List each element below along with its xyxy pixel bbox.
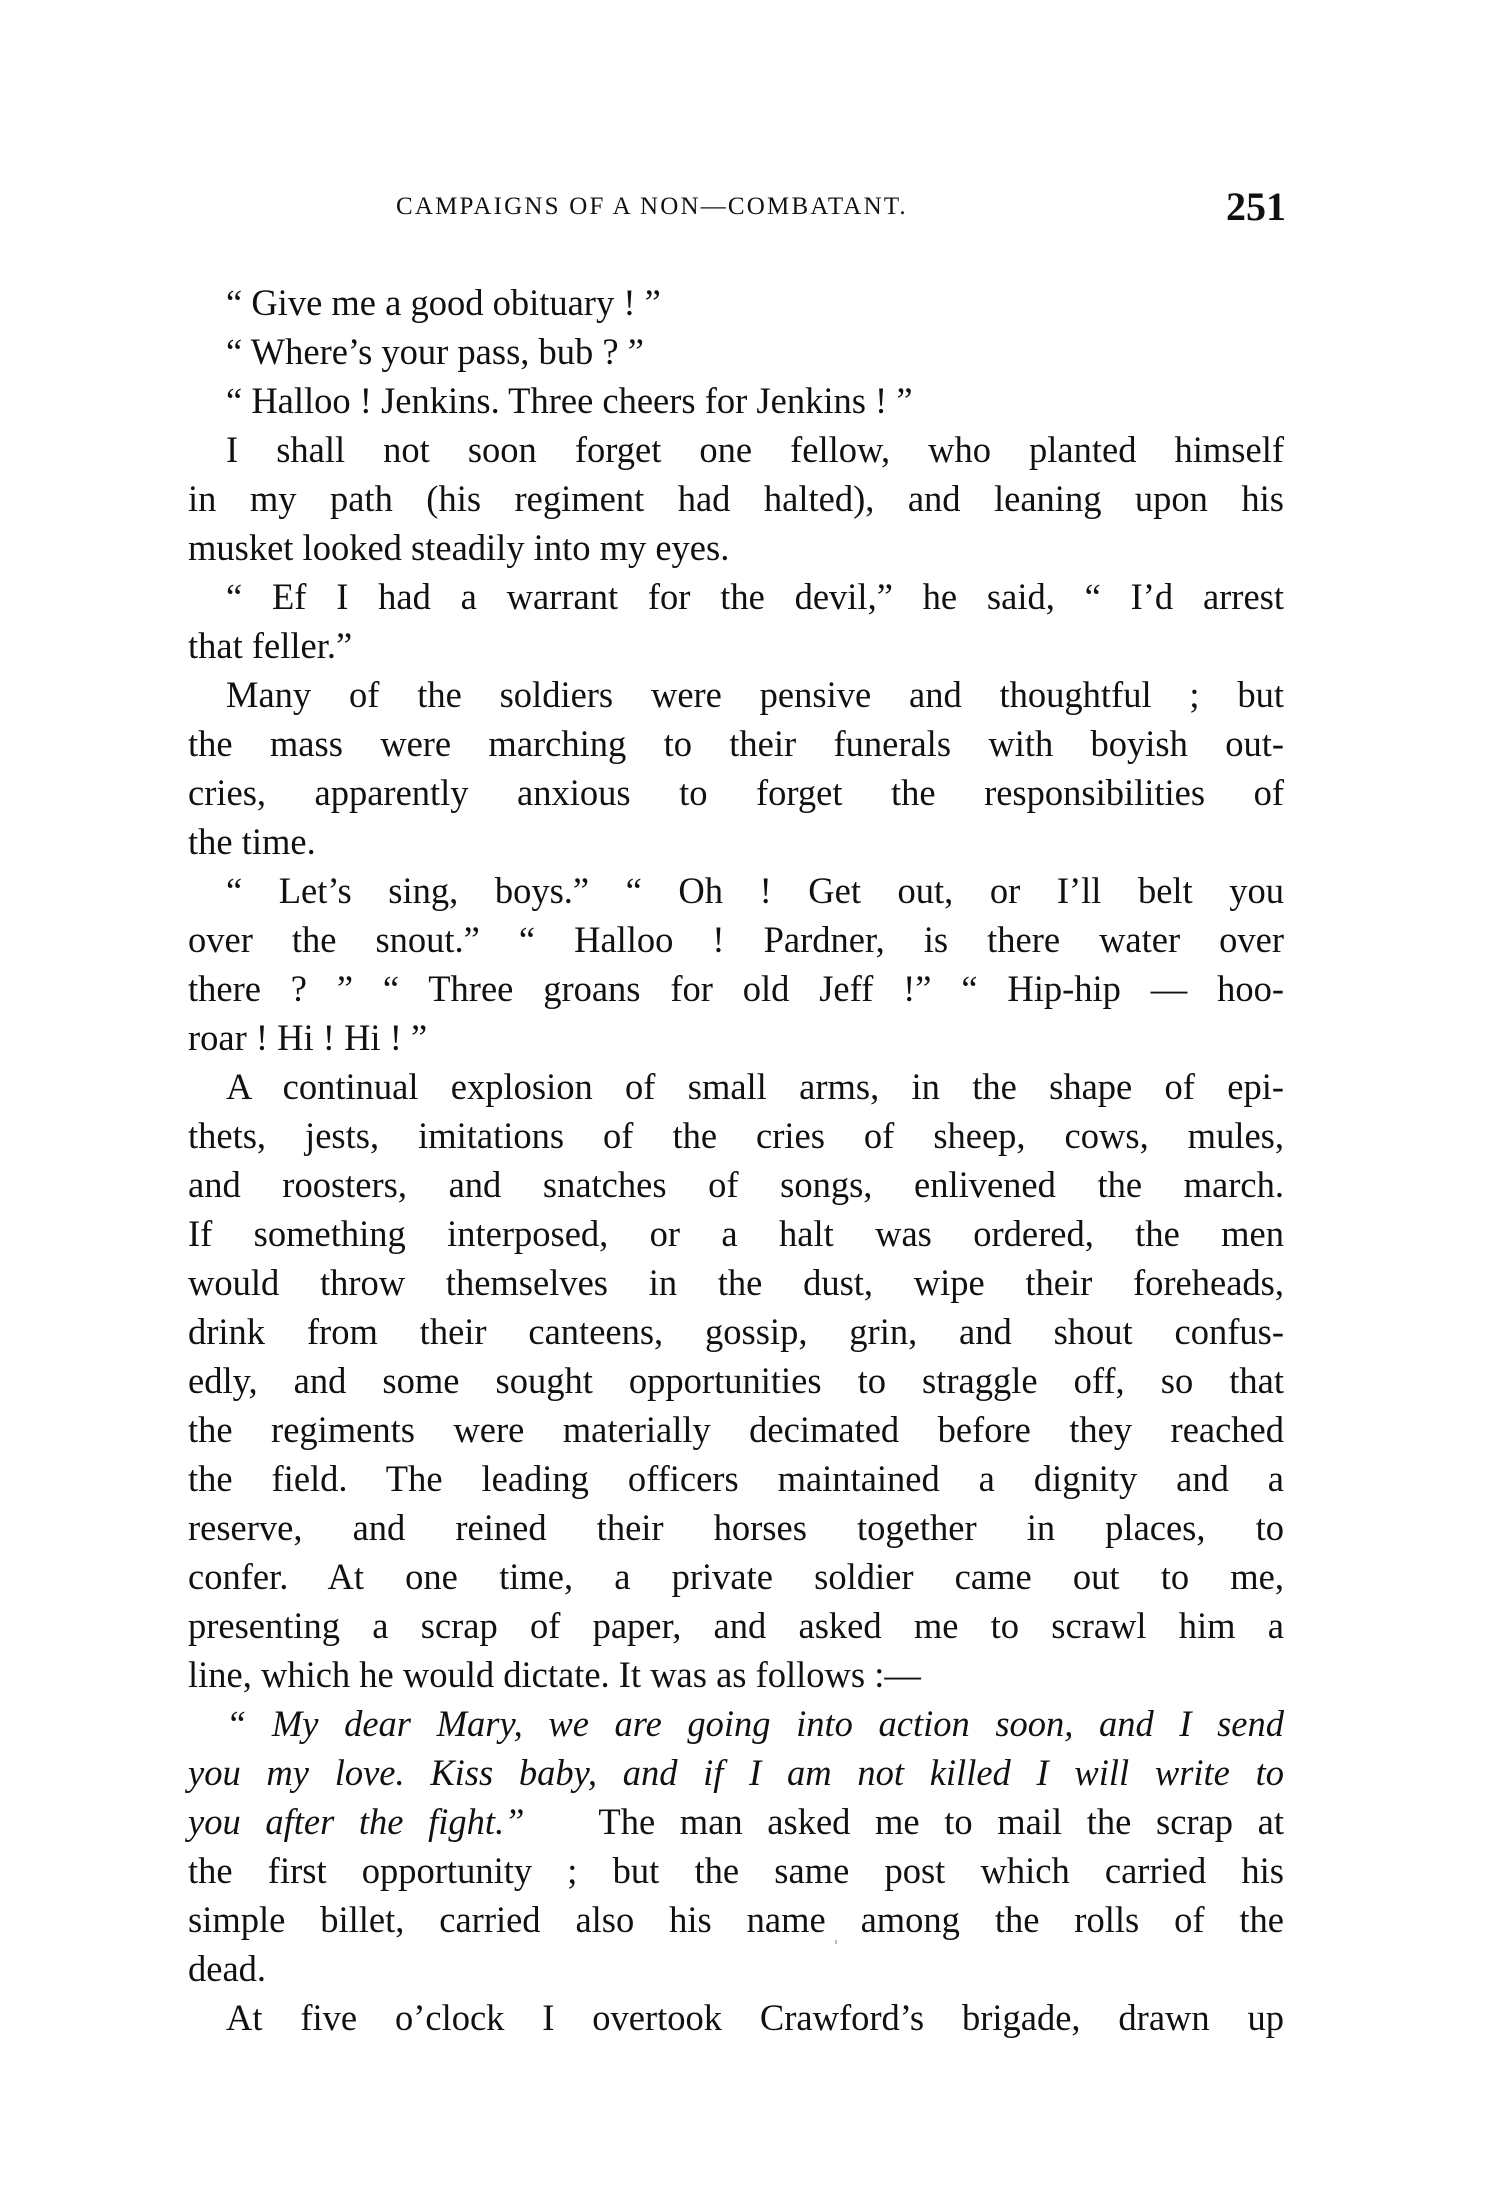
running-title: CAMPAIGNS OF A NON—COMBATANT.	[396, 193, 908, 221]
page-number: 251	[1226, 183, 1286, 230]
text-line: roar ! Hi ! Hi ! ”	[188, 1013, 1284, 1062]
text-line: I shall not soon forget one fellow, who …	[188, 425, 1284, 474]
text-line: the time.	[188, 817, 1284, 866]
text-line: confer. At one time, a private soldier c…	[188, 1552, 1284, 1601]
letter-line: “ My dear Mary, we are going into action…	[188, 1699, 1284, 1748]
text-line: Many of the soldiers were pensive and th…	[188, 670, 1284, 719]
letter-followup: The man asked me to mail the scrap at	[598, 1801, 1284, 1842]
text-line: the field. The leading officers maintain…	[188, 1454, 1284, 1503]
text-line: line, which he would dictate. It was as …	[188, 1650, 1284, 1699]
text-line: over the snout.” “ Halloo ! Pardner, is …	[188, 915, 1284, 964]
text-line: “ Give me a good obituary ! ”	[188, 278, 1284, 327]
text-line: would throw themselves in the dust, wipe…	[188, 1258, 1284, 1307]
text-line: “ Let’s sing, boys.” “ Oh ! Get out, or …	[188, 866, 1284, 915]
text-line: there ? ” “ Three groans for old Jeff !”…	[188, 964, 1284, 1013]
letter-line: you my love. Kiss baby, and if I am not …	[188, 1748, 1284, 1797]
text-line: reserve, and reined their horses togethe…	[188, 1503, 1284, 1552]
text-line: in my path (his regiment had halted), an…	[188, 474, 1284, 523]
running-head: CAMPAIGNS OF A NON—COMBATANT. 251	[396, 183, 1286, 233]
text-line: that feller.”	[188, 621, 1284, 670]
text-line: A continual explosion of small arms, in …	[188, 1062, 1284, 1111]
text-line: If something interposed, or a halt was o…	[188, 1209, 1284, 1258]
letter-line-mixed: you after the fight.” The man asked me t…	[188, 1797, 1284, 1846]
text-line: At five o’clock I overtook Crawford’s br…	[188, 1993, 1284, 2042]
text-line: presenting a scrap of paper, and asked m…	[188, 1601, 1284, 1650]
text-line: the regiments were materially decimated …	[188, 1405, 1284, 1454]
text-line: and roosters, and snatches of songs, enl…	[188, 1160, 1284, 1209]
text-line: musket looked steadily into my eyes.	[188, 523, 1284, 572]
text-line: “ Halloo ! Jenkins. Three cheers for Jen…	[188, 376, 1284, 425]
text-line: thets, jests, imitations of the cries of…	[188, 1111, 1284, 1160]
book-page: CAMPAIGNS OF A NON—COMBATANT. 251 “ Give…	[0, 0, 1506, 2185]
letter-closing: you after the fight.”	[188, 1801, 525, 1842]
text-line: cries, apparently anxious to forget the …	[188, 768, 1284, 817]
text-line: edly, and some sought opportunities to s…	[188, 1356, 1284, 1405]
text-line: the first opportunity ; but the same pos…	[188, 1846, 1284, 1895]
text-line: “ Ef I had a warrant for the devil,” he …	[188, 572, 1284, 621]
print-speck	[835, 1940, 837, 1944]
text-line: dead.	[188, 1944, 1284, 1993]
body-text: “ Give me a good obituary ! ” “ Where’s …	[188, 278, 1284, 2042]
text-line: the mass were marching to their funerals…	[188, 719, 1284, 768]
text-line: “ Where’s your pass, bub ? ”	[188, 327, 1284, 376]
text-line: simple billet, carried also his name amo…	[188, 1895, 1284, 1944]
text-line: drink from their canteens, gossip, grin,…	[188, 1307, 1284, 1356]
